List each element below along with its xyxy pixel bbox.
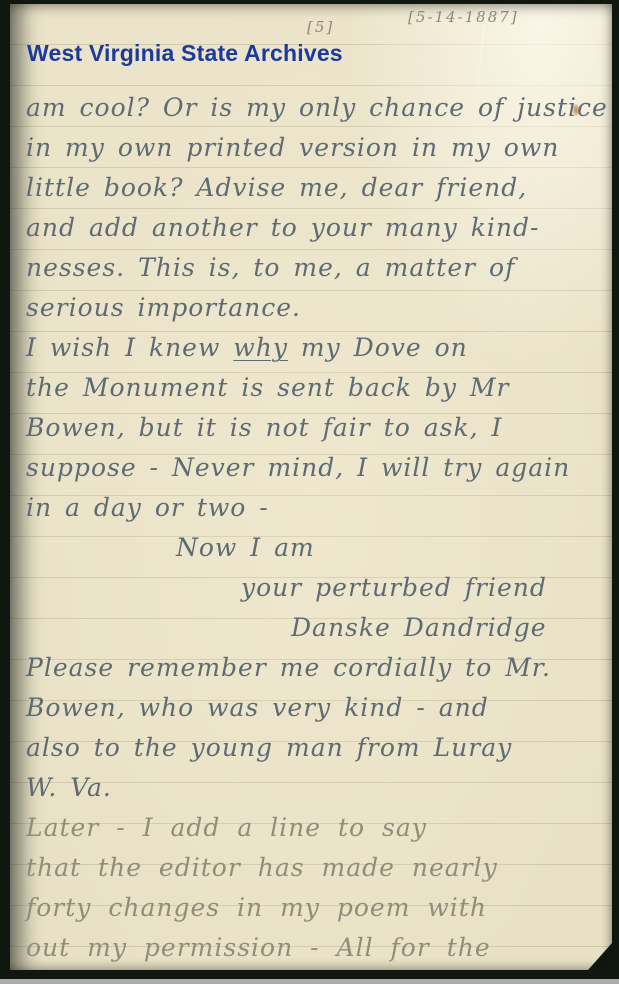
letter-line: Bowen, but it is not fair to ask, I [26,408,606,448]
letter-line: also to the young man from Luray [26,728,606,768]
letter-line: your perturbed friend [26,568,606,608]
letter-line: little book? Advise me, dear friend, [26,168,606,208]
page-corner-fold [588,943,612,970]
letter-line: nesses. This is, to me, a matter of [26,248,606,288]
scanner-edge-strip [0,979,619,984]
pencil-page-number: [5] [307,18,334,36]
letter-line: forty changes in my poem with [26,888,606,928]
pencil-date-annotation: [5-14-1887] [408,8,519,26]
letter-line: Later - I add a line to say [26,808,606,848]
letter-line: the Monument is sent back by Mr [26,368,606,408]
letter-body: am cool? Or is my only chance of justice… [26,88,606,968]
archive-stamp: West Virginia State Archives [27,40,343,67]
letter-line: I wish I knew why my Dove on [26,328,606,368]
letter-line: Please remember me cordially to Mr. [26,648,606,688]
letter-line: serious importance. [26,288,606,328]
letter-line: Danske Dandridge [26,608,606,648]
letter-line: suppose - Never mind, I will try again [26,448,606,488]
letter-line: out my permission - All for the [26,928,606,968]
letter-line: Bowen, who was very kind - and [26,688,606,728]
paper-stain [573,104,579,116]
letter-line: W. Va. [26,768,606,808]
letter-line: am cool? Or is my only chance of justice [26,88,606,128]
scanned-letter-page: West Virginia State Archives [5] [5-14-1… [0,0,619,984]
letter-line: that the editor has made nearly [26,848,606,888]
letter-line: and add another to your many kind- [26,208,606,248]
letter-line: in my own printed version in my own [26,128,606,168]
letter-line: Now I am [26,528,606,568]
letter-paper: West Virginia State Archives [5] [5-14-1… [10,4,612,970]
letter-line: in a day or two - [26,488,606,528]
